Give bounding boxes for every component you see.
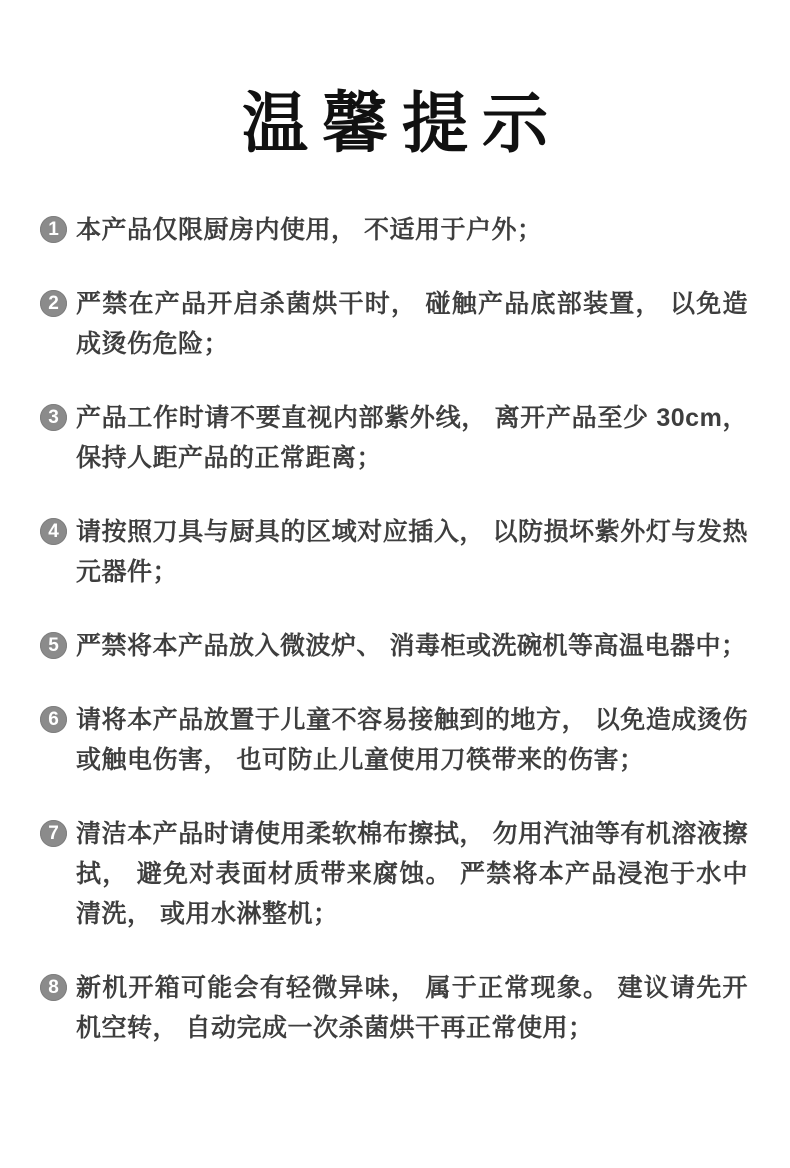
- tip-number-badge: 3: [40, 404, 67, 431]
- tip-item-7: 7 清洁本产品时请使用柔软棉布擦拭， 勿用汽油等有机溶液擦拭， 避免对表面材质带…: [40, 814, 748, 934]
- tip-text: 本产品仅限厨房内使用， 不适用于户外；: [76, 210, 748, 250]
- tip-text: 严禁将本产品放入微波炉、 消毒柜或洗碗机等高温电器中；: [76, 626, 748, 666]
- tip-text: 清洁本产品时请使用柔软棉布擦拭， 勿用汽油等有机溶液擦拭， 避免对表面材质带来腐…: [76, 814, 748, 934]
- tip-text: 严禁在产品开启杀菌烘干时， 碰触产品底部装置， 以免造成烫伤危险；: [76, 284, 748, 364]
- tip-number-badge: 2: [40, 290, 67, 317]
- tip-text: 新机开箱可能会有轻微异味， 属于正常现象。 建议请先开机空转， 自动完成一次杀菌…: [76, 968, 748, 1048]
- tip-item-6: 6 请将本产品放置于儿童不容易接触到的地方， 以免造成烫伤或触电伤害， 也可防止…: [40, 700, 748, 780]
- tip-number-badge: 7: [40, 820, 67, 847]
- tip-item-5: 5 严禁将本产品放入微波炉、 消毒柜或洗碗机等高温电器中；: [40, 626, 748, 666]
- tip-number-badge: 6: [40, 706, 67, 733]
- tip-number-badge: 8: [40, 974, 67, 1001]
- tip-item-1: 1 本产品仅限厨房内使用， 不适用于户外；: [40, 210, 748, 250]
- tip-number-badge: 5: [40, 632, 67, 659]
- tip-number-badge: 1: [40, 216, 67, 243]
- tip-text: 请将本产品放置于儿童不容易接触到的地方， 以免造成烫伤或触电伤害， 也可防止儿童…: [76, 700, 748, 780]
- tip-item-3: 3 产品工作时请不要直视内部紫外线， 离开产品至少 30cm，保持人距产品的正常…: [40, 398, 748, 478]
- tip-item-2: 2 严禁在产品开启杀菌烘干时， 碰触产品底部装置， 以免造成烫伤危险；: [40, 284, 748, 364]
- warm-tips-page: 温馨提示 1 本产品仅限厨房内使用， 不适用于户外； 2 严禁在产品开启杀菌烘干…: [0, 0, 790, 1168]
- tip-item-4: 4 请按照刀具与厨具的区域对应插入， 以防损坏紫外灯与发热元器件；: [40, 512, 748, 592]
- tips-list: 1 本产品仅限厨房内使用， 不适用于户外； 2 严禁在产品开启杀菌烘干时， 碰触…: [0, 210, 790, 1048]
- tip-number-badge: 4: [40, 518, 67, 545]
- tip-text: 请按照刀具与厨具的区域对应插入， 以防损坏紫外灯与发热元器件；: [76, 512, 748, 592]
- page-title: 温馨提示: [0, 0, 790, 172]
- tip-item-8: 8 新机开箱可能会有轻微异味， 属于正常现象。 建议请先开机空转， 自动完成一次…: [40, 968, 748, 1048]
- tip-text: 产品工作时请不要直视内部紫外线， 离开产品至少 30cm，保持人距产品的正常距离…: [76, 398, 748, 478]
